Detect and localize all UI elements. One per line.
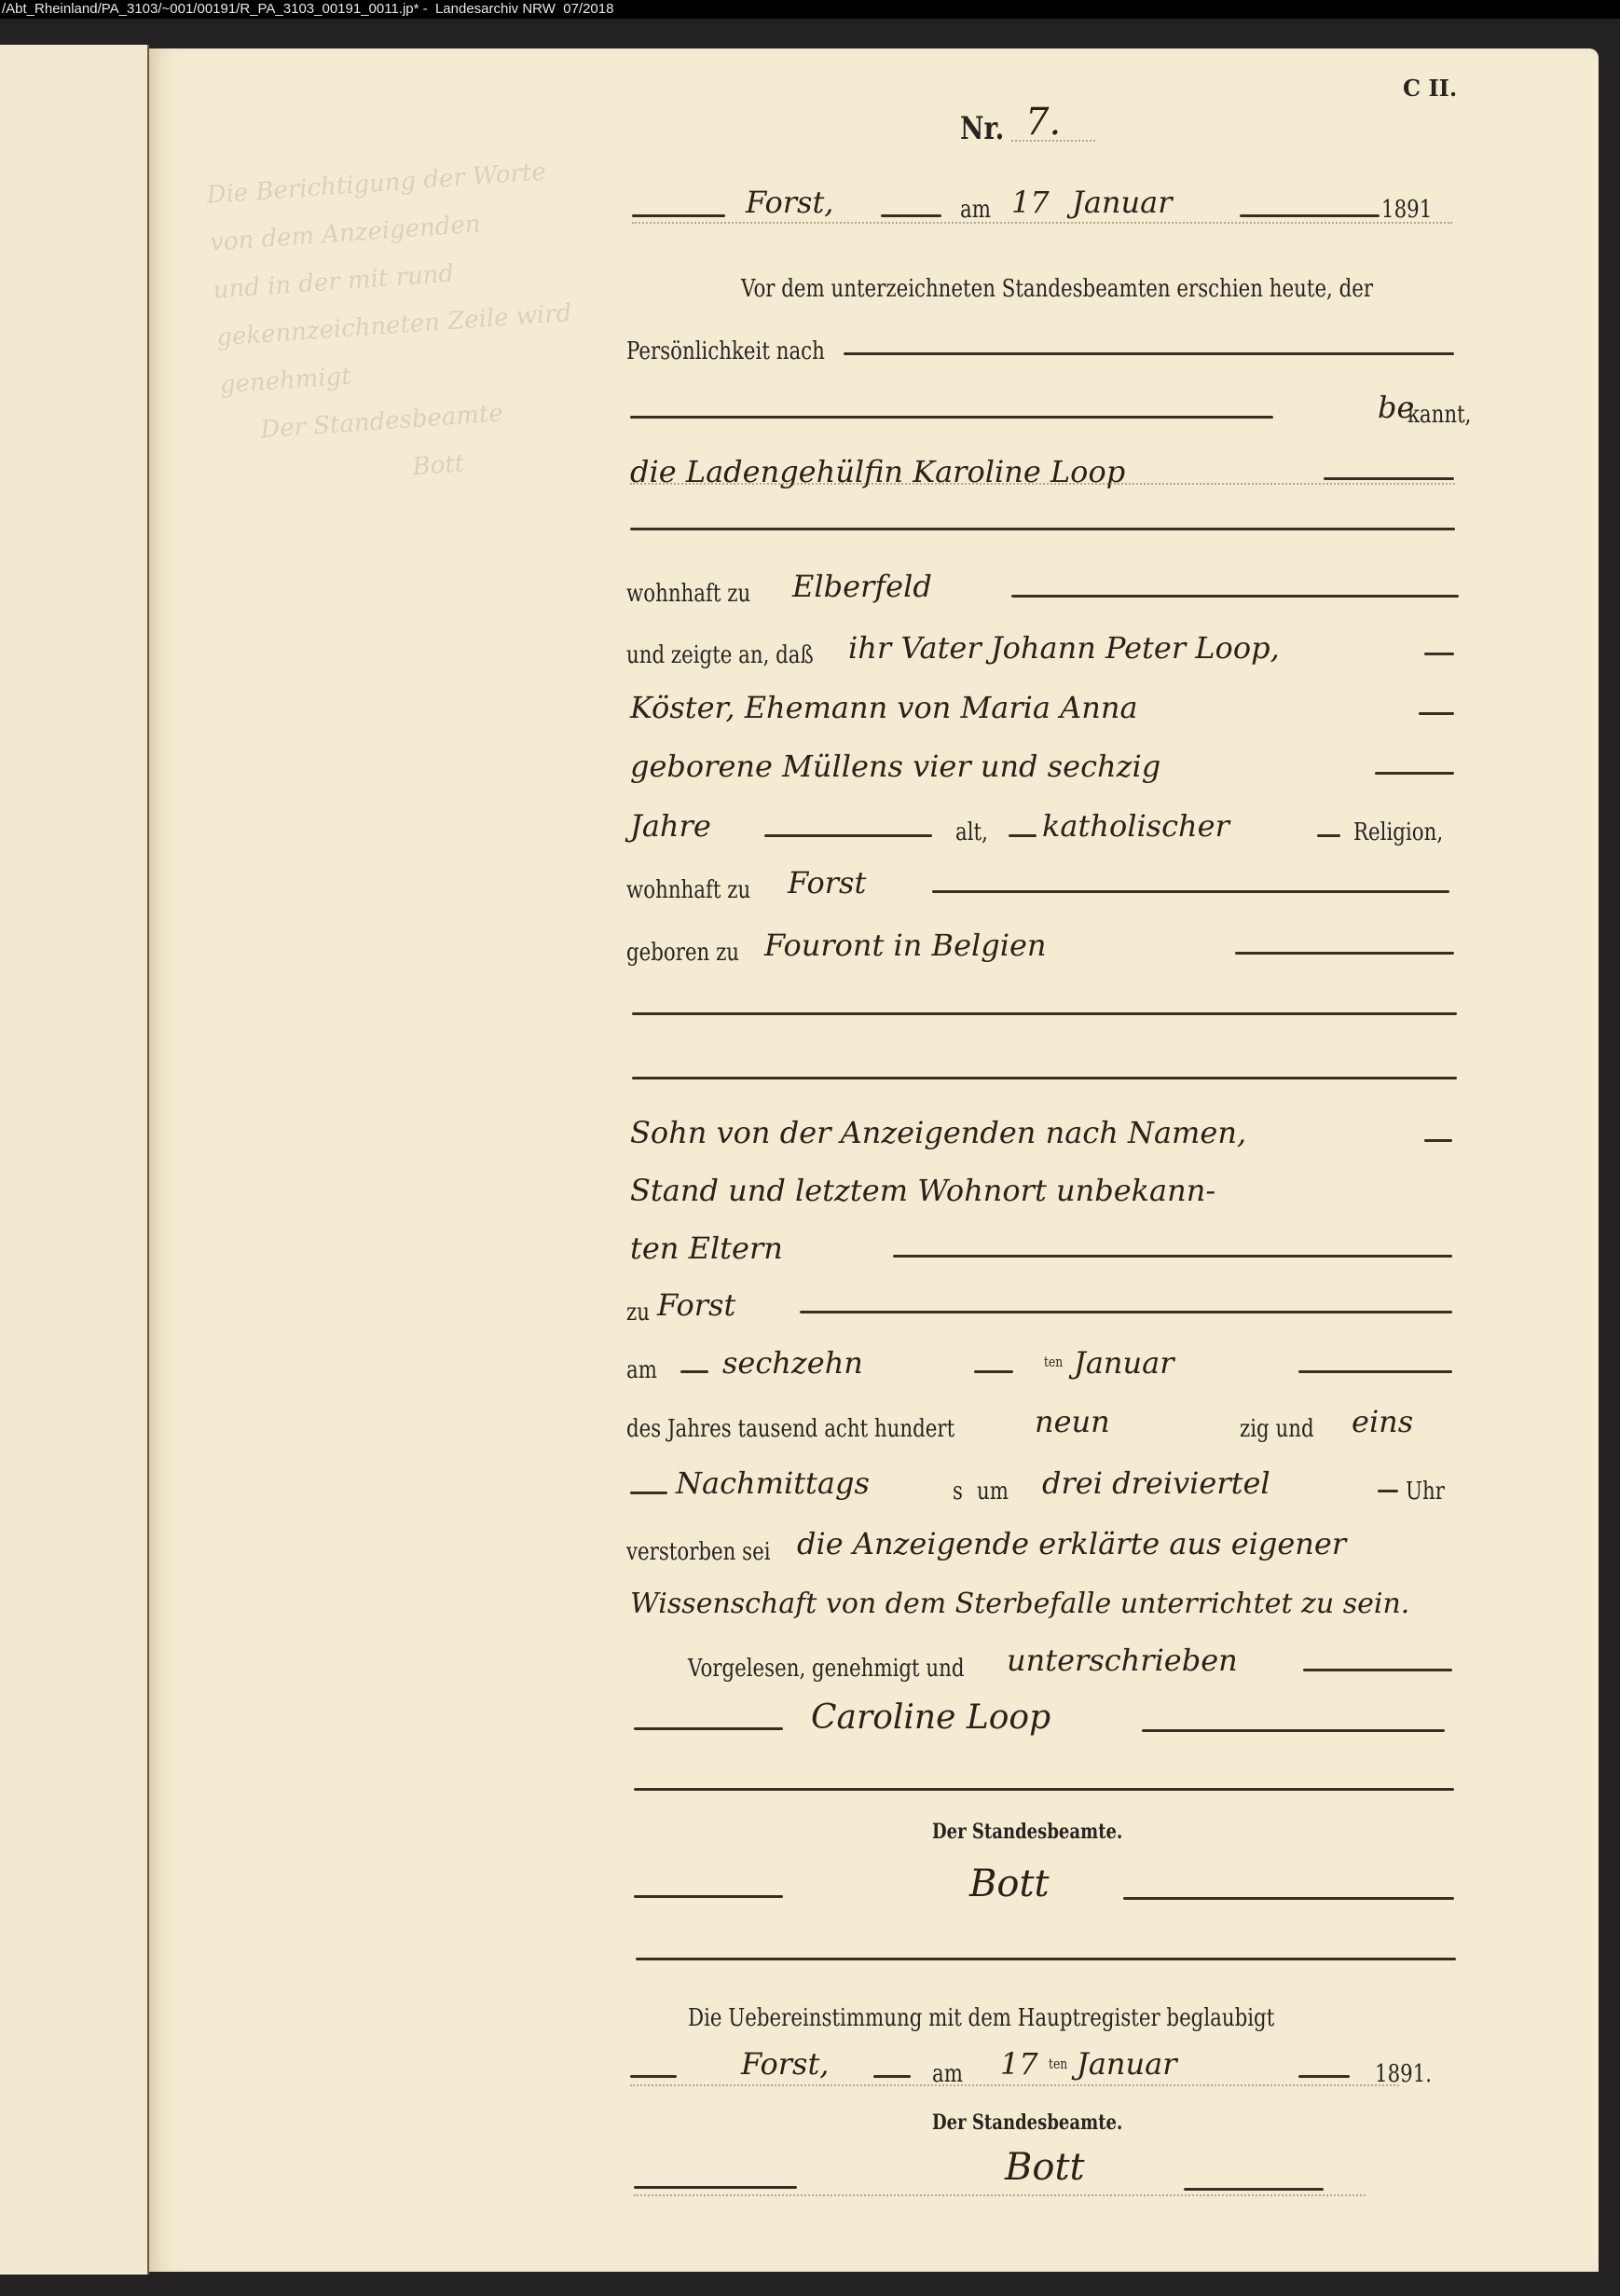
time-value: drei dreiviertel — [1042, 1465, 1270, 1501]
dotted-line — [1011, 140, 1095, 142]
fill-rule — [1378, 1490, 1398, 1492]
intro-text: Vor dem unterzeichneten Standesbeamten e… — [741, 275, 1373, 303]
fill-rule — [844, 352, 1454, 355]
fill-rule — [1009, 834, 1037, 837]
age-label: alt, — [955, 818, 988, 846]
year-decade: neun — [1035, 1404, 1110, 1439]
religion: katholischer — [1042, 808, 1229, 844]
record-number-label: Nr. — [960, 110, 1004, 147]
knowledge-line-1: die Anzeigende erklärte aus eigener — [797, 1526, 1346, 1561]
died-label: verstorben sei — [626, 1538, 771, 1566]
fill-rule — [630, 1492, 667, 1494]
window-title-bar: /Abt_Rheinland/PA_3103/~001/00191/R_PA_3… — [0, 0, 1620, 19]
fill-rule — [632, 1077, 1457, 1079]
deceased-residence-label: wohnhaft zu — [626, 876, 750, 904]
year-unit: eins — [1352, 1404, 1413, 1439]
certification-ten-label: ten — [1049, 2055, 1067, 2072]
year-label: des Jahres tausend acht hundert — [626, 1415, 954, 1443]
dotted-line — [632, 222, 1452, 224]
certification-month: Januar — [1077, 2046, 1177, 2082]
death-place-label: zu — [626, 1299, 650, 1327]
fill-rule — [630, 2075, 677, 2078]
fill-rule — [1123, 1897, 1454, 1900]
age-hand: Jahre — [630, 808, 711, 844]
registrar-signature: Bott — [969, 1863, 1050, 1905]
time-s: s — [953, 1478, 963, 1505]
deceased-line-1: ihr Vater Johann Peter Loop, — [848, 630, 1280, 666]
certification-signature: Bott — [1005, 2146, 1085, 2189]
parents-line-2: Stand und letztem Wohnort unbekann- — [630, 1173, 1215, 1208]
fill-rule — [1317, 834, 1340, 837]
margin-note: Die Berichtigung der Worte von dem Anzei… — [205, 145, 610, 504]
death-place: Forst — [657, 1287, 735, 1323]
ten-label: ten — [1044, 1354, 1063, 1370]
record-number: 7. — [1025, 101, 1061, 144]
fill-rule — [1324, 477, 1454, 480]
fill-rule — [893, 1255, 1452, 1258]
declarant-signature: Caroline Loop — [811, 1698, 1050, 1737]
fill-rule — [1142, 1729, 1445, 1732]
birthplace-label: geboren zu — [626, 939, 739, 967]
fill-rule — [1235, 952, 1454, 955]
fill-rule — [1298, 1370, 1452, 1373]
deceased-line-2: Köster, Ehemann von Maria Anna — [630, 690, 1138, 725]
fill-rule — [1303, 1669, 1452, 1671]
certification-text: Die Uebereinstimmung mit dem Hauptregist… — [688, 2004, 1274, 2032]
fill-rule — [632, 1012, 1457, 1015]
read-hand: unterschrieben — [1007, 1643, 1238, 1678]
fill-rule — [932, 890, 1449, 893]
left-page-edge — [0, 45, 149, 2275]
fill-rule — [634, 1727, 783, 1730]
certification-registrar-label: Der Standesbeamte. — [932, 2110, 1122, 2135]
am-label: am — [960, 196, 991, 224]
declarant-residence: Elberfeld — [792, 569, 932, 604]
dotted-line — [634, 2194, 1366, 2196]
read-label: Vorgelesen, genehmigt und — [688, 1655, 964, 1683]
parents-line-1: Sohn von der Anzeigenden nach Namen, — [630, 1115, 1246, 1150]
registration-year: 1891 — [1381, 196, 1432, 224]
deceased-residence: Forst — [788, 865, 866, 901]
dotted-line — [630, 483, 1455, 485]
fill-rule — [630, 416, 1273, 419]
fill-rule — [1298, 2075, 1350, 2078]
parents-line-3: ten Eltern — [630, 1230, 783, 1266]
registration-place: Forst, — [746, 185, 833, 220]
residence-label: wohnhaft zu — [626, 580, 750, 608]
death-date-label: am — [626, 1356, 657, 1384]
fill-rule — [680, 1370, 708, 1373]
knowledge-line-2: Wissenschaft von dem Sterbefalle unterri… — [630, 1588, 1409, 1620]
fill-rule — [974, 1370, 1013, 1373]
fill-rule — [632, 214, 725, 217]
fill-rule — [1375, 772, 1454, 775]
fill-rule — [630, 528, 1455, 530]
registrar-label: Der Standesbeamte. — [932, 1820, 1122, 1844]
religion-label: Religion, — [1353, 818, 1443, 846]
series-label: C II. — [1403, 75, 1457, 102]
fill-rule — [634, 2186, 797, 2189]
fill-rule — [1011, 595, 1459, 598]
registration-month: Januar — [1072, 185, 1173, 220]
identity-label: Persönlichkeit nach — [626, 337, 825, 365]
certification-place: Forst, — [741, 2046, 829, 2082]
fill-rule — [1424, 1139, 1452, 1142]
death-month: Januar — [1074, 1345, 1174, 1381]
deceased-line-3: geborene Müllens vier und sechzig — [630, 749, 1160, 784]
report-label: und zeigte an, daß — [626, 641, 814, 669]
window-title: /Abt_Rheinland/PA_3103/~001/00191/R_PA_3… — [2, 1, 613, 17]
time-uhr-label: Uhr — [1406, 1478, 1445, 1505]
fill-rule — [1419, 712, 1454, 715]
year-mid-label: zig und — [1240, 1415, 1314, 1443]
fill-rule — [873, 2075, 911, 2078]
fill-rule — [881, 214, 941, 217]
known-label: kannt, — [1407, 401, 1471, 429]
time-period: Nachmittags — [676, 1465, 870, 1501]
registration-day: 17 — [1011, 185, 1050, 220]
death-day: sechzehn — [722, 1345, 863, 1381]
fill-rule — [634, 1895, 783, 1898]
fill-rule — [764, 834, 932, 837]
dotted-line — [630, 2084, 1399, 2086]
fill-rule — [1424, 653, 1454, 655]
fill-rule — [1240, 214, 1380, 217]
fill-rule — [634, 1788, 1454, 1791]
birthplace: Fouront in Belgien — [764, 928, 1047, 963]
certification-day: 17 — [1000, 2046, 1038, 2082]
fill-rule — [800, 1311, 1452, 1313]
time-um-label: um — [977, 1478, 1009, 1505]
fill-rule — [1184, 2188, 1324, 2191]
fill-rule — [636, 1958, 1456, 1960]
